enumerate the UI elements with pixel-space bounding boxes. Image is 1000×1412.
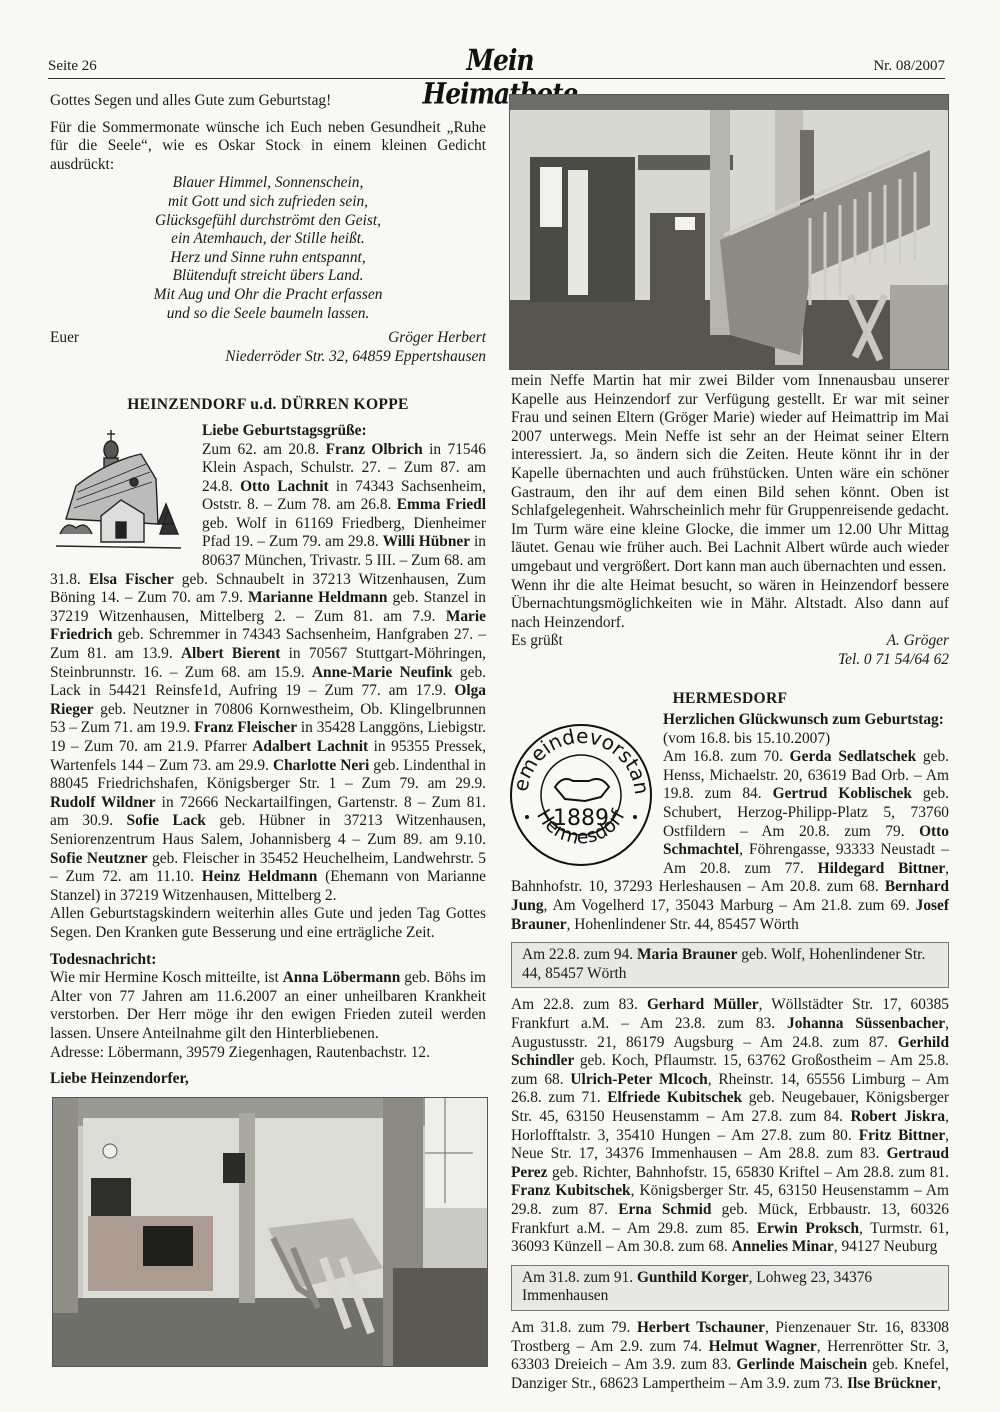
- newspaper-page: Seite 26 Mein Heimatbote Nr. 08/2007 Got…: [0, 0, 1000, 1412]
- entry-text: Zum 68. am 15.9.: [185, 664, 312, 681]
- entry-text: , Föhrengasse, 93333 Neustadt –: [739, 841, 949, 858]
- person-name: Annelies Minar: [732, 1238, 834, 1255]
- person-name: Helmut Wagner: [709, 1338, 817, 1355]
- entry-text: Am 22.8. zum 83.: [511, 996, 647, 1013]
- entry-text: Zum 73. am 29.9.: [159, 757, 273, 774]
- entry-text: , Königsberger Str. 45, 63150 Heusenstam…: [631, 1182, 926, 1199]
- person-name: Herbert Tschauner: [637, 1319, 765, 1336]
- person-name: Emma Friedl: [397, 496, 486, 513]
- church-drawing-icon: [46, 424, 196, 559]
- entry-text: Am 21.8. zum 69.: [792, 897, 915, 914]
- issue-number: Nr. 08/2007: [873, 58, 945, 75]
- deceased-name: Anna Löbermann: [283, 969, 401, 986]
- entry-text: Am 16.8. zum 70.: [663, 748, 790, 765]
- dining-room-photo: [52, 1097, 488, 1367]
- person-name: Gunthild Korger: [637, 1269, 749, 1286]
- entry-text: , Hohenlindener Str. 44, 85457 Wörth: [567, 916, 799, 933]
- entry-text: Am 20.8. zum 68.: [761, 878, 885, 895]
- person-name: Willi Hübner: [383, 533, 470, 550]
- stairwell-photo: [509, 94, 949, 370]
- poem-line: Glücksgefühl durchströmt den Geist,: [50, 212, 486, 231]
- guest-room-image-icon: [53, 1098, 488, 1367]
- entry-text: Zum 79. am 29.9.: [362, 775, 486, 792]
- person-name: Elsa Fischer: [89, 571, 174, 588]
- obituary-text: Wie mir Hermine Kosch mitteilte, ist Ann…: [50, 969, 486, 1043]
- person-name: Robert Jiskra: [850, 1108, 945, 1125]
- stairwell-image-icon: [510, 95, 949, 370]
- person-name: Ilse Brückner: [847, 1375, 937, 1392]
- person-name: Albert Bierent: [181, 645, 280, 662]
- person-name: Gertrud Koblischek: [773, 785, 912, 802]
- entry-text: Am 27.8. zum 84.: [721, 1108, 850, 1125]
- entry-text: Am 23.8. zum 83.: [640, 1015, 787, 1032]
- person-name: Marianne Heldmann: [248, 589, 387, 606]
- entry-text: Zum 81. am 13.9.: [50, 645, 181, 662]
- person-name: Gerlinde Maischein: [736, 1356, 867, 1373]
- entry-text: Am 27.8. zum 80.: [731, 1127, 859, 1144]
- person-name: Erna Schmid: [618, 1201, 711, 1218]
- entry-text: Zum 70. am 7.9.: [138, 589, 249, 606]
- entry-text: geb. Koch, Pflaumstr. 15, 63762 Großosth…: [574, 1052, 889, 1069]
- poem-line: mit Gott und sich zufrieden sein,: [50, 193, 486, 212]
- entry-text: , Rheinstr. 14, 65556 Limburg –: [708, 1071, 926, 1088]
- entry-text: Zum 70. am 21.9. Pfarrer: [84, 738, 252, 755]
- birthday-closing: Allen Geburtstagskindern weiterhin alles…: [50, 905, 486, 942]
- entry-text: , 94127 Neuburg: [834, 1238, 938, 1255]
- poem-line: ein Atemhauch, der Stille heißt.: [50, 230, 486, 249]
- poem-line: Blütenduft streicht übers Land.: [50, 267, 486, 286]
- page-number: Seite 26: [48, 58, 97, 75]
- poem-line: Blauer Himmel, Sonnenschein,: [50, 174, 486, 193]
- entry-text: Am 20.8. zum 79.: [761, 823, 919, 840]
- obituary-intro: Wie mir Hermine Kosch mitteilte, ist: [50, 969, 283, 986]
- entry-text: Zum 72. am 11.10.: [66, 868, 202, 885]
- signoff-name: Gröger Herbert: [388, 329, 486, 348]
- person-name: Maria Brauner: [637, 946, 737, 963]
- right-column: mein Neffe Martin hat mir zwei Bilder vo…: [511, 372, 949, 1393]
- person-name: Charlotte Neri: [273, 757, 369, 774]
- entry-text: Am 3.9. zum 73.: [740, 1375, 847, 1392]
- poem-line: Herz und Sinne ruhn entspannt,: [50, 249, 486, 268]
- intro-paragraph: Für die Sommermonate wünsche ich Euch ne…: [50, 119, 486, 175]
- person-name: Hildegard Bittner: [818, 860, 945, 877]
- person-name: Ulrich-Peter Mlcoch: [570, 1071, 707, 1088]
- birthday-list-hermesdorf-c: Am 31.8. zum 79. Herbert Tschauner, Pien…: [511, 1319, 949, 1393]
- letter-heading: Liebe Heinzendorfer,: [50, 1070, 486, 1089]
- entry-text: Zum 89. am 9.10.: [367, 831, 486, 848]
- letter-body-2: Wenn ihr die alte Heimat besucht, so wär…: [511, 577, 949, 633]
- person-name: Johanna Süssenbacher: [787, 1015, 945, 1032]
- signoff-salutation: Euer: [50, 329, 79, 348]
- person-name: Sofie Neutzner: [50, 850, 148, 867]
- entry-text: Zum 81. am 7.9.: [314, 608, 446, 625]
- birthday-list-hermesdorf-b: Am 22.8. zum 83. Gerhard Müller, Wöllstä…: [511, 996, 949, 1256]
- left-column: Gottes Segen und alles Gute zum Geburtst…: [50, 92, 486, 1089]
- person-name: Elfriede Kubitschek: [607, 1089, 742, 1106]
- signoff-address: Niederröder Str. 32, 64859 Eppertshausen: [50, 348, 486, 367]
- person-name: Adalbert Lachnit: [252, 738, 368, 755]
- entry-text: Am 20.8. zum 77.: [663, 860, 818, 877]
- greeting: Gottes Segen und alles Gute zum Geburtst…: [50, 92, 486, 111]
- entry-text: Am 29.8. zum 85.: [627, 1220, 757, 1237]
- entry-text: geb. Richter, Bahnhofstr. 15, 65830 Krif…: [547, 1164, 835, 1181]
- entry-text: Am 31.8. zum 79.: [511, 1319, 637, 1336]
- entry-text: Zum 78. am 26.8.: [277, 496, 397, 513]
- person-name: Otto Lachnit: [240, 478, 329, 495]
- person-name: Anne-Marie Neufink: [312, 664, 453, 681]
- person-name: Gerda Sedlatschek: [790, 748, 916, 765]
- person-name: Franz Fleischer: [194, 719, 297, 736]
- entry-text: ,: [937, 1375, 941, 1392]
- letter-signature: A. Gröger: [887, 632, 949, 651]
- obituary-address: Adresse: Löbermann, 39579 Ziegenhagen, R…: [50, 1044, 486, 1063]
- person-name: Erwin Proksch: [757, 1220, 859, 1237]
- person-name: Fritz Bittner: [859, 1127, 945, 1144]
- obituary-heading: Todesnachricht:: [50, 951, 486, 970]
- entry-text: Am 30.8. zum 68.: [617, 1238, 732, 1255]
- header-rule: [48, 78, 945, 79]
- svg-text:Gemeindevorstand: Gemeindevorstand: [505, 717, 654, 796]
- person-name: Gerhard Müller: [647, 996, 759, 1013]
- person-name: Heinz Heldmann: [202, 868, 318, 885]
- person-name: Franz Kubitschek: [511, 1182, 631, 1199]
- letter-body: mein Neffe Martin hat mir zwei Bilder vo…: [511, 372, 949, 577]
- entry-text: Zum 62. am 20.8.: [202, 441, 326, 458]
- person-name: Rudolf Wildner: [50, 794, 156, 811]
- letter-greeting: Es grüßt: [511, 632, 563, 651]
- highlight-box-maria-brauner: Am 22.8. zum 94. Maria Brauner geb. Wolf…: [511, 942, 949, 988]
- entry-text: Am 31.8. zum 91.: [522, 1269, 637, 1286]
- poem-line: Mit Aug und Ohr die Pracht erfassen: [50, 286, 486, 305]
- letter-phone: Tel. 0 71 54/64 62: [511, 651, 949, 670]
- section-title-heinzendorf: HEINZENDORF u.d. DÜRREN KOPPE: [50, 396, 486, 415]
- entry-text: in 72666 Neckartailfingen, Gartenstr. 8 …: [156, 794, 432, 811]
- entry-text: Zum 71. am 19.9.: [81, 719, 194, 736]
- entry-text: Zum 79. am 29.8.: [269, 533, 383, 550]
- person-name: Franz Olbrich: [326, 441, 423, 458]
- entry-text: geb. Schremmer in 74343 Sachsenheim, Han…: [112, 626, 486, 643]
- entry-text: Am 22.8. zum 94.: [522, 946, 637, 963]
- poem-line: und so die Seele baumeln lassen.: [50, 305, 486, 324]
- entry-text: Am 28.8. zum 83.: [758, 1145, 886, 1162]
- poem: Blauer Himmel, Sonnenschein, mit Gott un…: [50, 174, 486, 323]
- community-seal-icon: Gemeindevorstand Hermesdorf 1889: [505, 717, 657, 867]
- entry-text: Am 3.9. zum 83.: [624, 1356, 736, 1373]
- person-name: Sofie Lack: [127, 812, 206, 829]
- svg-text:1889: 1889: [553, 806, 609, 831]
- section-title-hermesdorf: HERMESDORF: [511, 690, 949, 709]
- entry-text: Am 2.9. zum 74.: [590, 1338, 708, 1355]
- entry-text: Am 28.8. zum 81.: [836, 1164, 949, 1181]
- highlight-box-gunthild-korger: Am 31.8. zum 91. Gunthild Korger, Lohweg…: [511, 1265, 949, 1311]
- entry-text: Zum 77. am 17.9.: [324, 682, 454, 699]
- entry-text: , Am Vogelherd 17, 35043 Marburg –: [544, 897, 793, 914]
- entry-text: Am 24.8. zum 87.: [760, 1034, 898, 1051]
